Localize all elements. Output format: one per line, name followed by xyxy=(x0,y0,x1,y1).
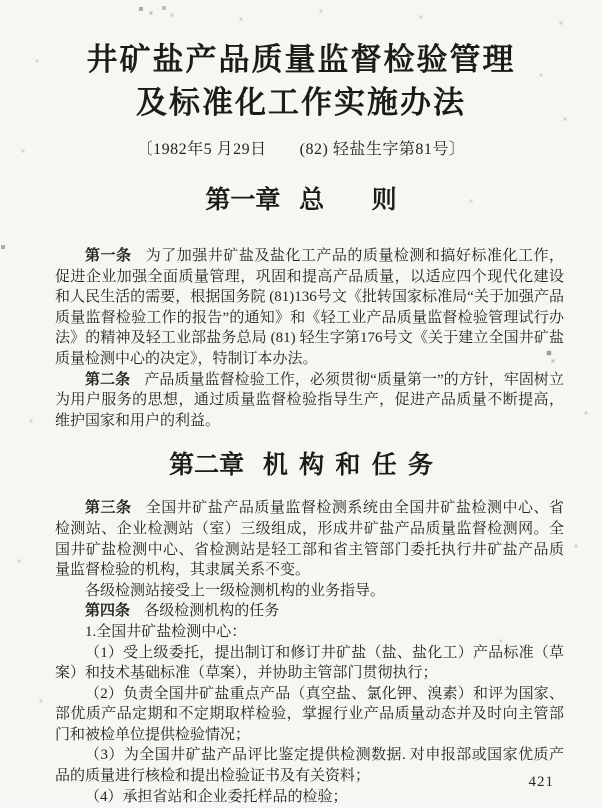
chapter-2: 第二章机构和任务 第三条全国井矿盐产品质量监督检测系统由全国井矿盐检测中心、省检… xyxy=(0,445,602,807)
document-title-line2: 及标准化工作实施办法 xyxy=(0,81,602,124)
article-1-text: 为了加强井矿盐及盐化工产品的质量检测和搞好标准化工作，促进企业加强全面质量管理，… xyxy=(55,248,564,367)
list-subitem-1: （1）受上级委托，提出制订和修订井矿盐（盐、盐化工）产品标准（草案）和技术基础标… xyxy=(55,643,564,684)
article-1-paragraph: 第一条为了加强井矿盐及盐化工产品的质量检测和搞好标准化工作，促进企业加强全面质量… xyxy=(55,246,564,370)
article-3-supplement-paragraph: 各级检测站接受上一级检测机构的业务指导。 xyxy=(55,581,564,602)
chapter-1-heading: 第一章总则 xyxy=(0,180,602,216)
chapter-2-title: 机构和任务 xyxy=(263,451,444,479)
article-3-supplement-text: 各级检测站接受上一级检测机构的业务指导。 xyxy=(85,583,385,599)
article-4-text: 各级检测机构的任务 xyxy=(144,603,279,619)
chapter-2-label: 第二章 xyxy=(169,451,244,479)
chapter-1-label: 第一章 xyxy=(205,186,280,214)
list-subitem-2: （2）负责全国井矿盐重点产品（真空盐、氯化钾、溴素）和评为国家、部优质产品定期和… xyxy=(55,684,564,746)
scan-noise-speckles xyxy=(0,0,2,2)
article-4-number: 第四条 xyxy=(85,602,130,619)
list-subitem-3: （3）为全国井矿盐产品评比鉴定提供检测数据. 对申报部或国家优质产品的质量进行核… xyxy=(55,745,564,786)
chapter-1-title: 总则 xyxy=(299,186,444,214)
list-subitem-2-text: （2）负责全国井矿盐重点产品（真空盐、氯化钾、溴素）和评为国家、部优质产品定期和… xyxy=(55,686,564,743)
document-dateline: 〔1982年5 月29日 (82) 轻盐生字第81号〕 xyxy=(0,136,602,159)
list-item-national-center-text: 1.全国井矿盐检测中心： xyxy=(85,624,246,640)
article-4-paragraph: 第四条各级检测机构的任务 xyxy=(55,601,564,622)
list-item-national-center: 1.全国井矿盐检测中心： xyxy=(55,622,564,643)
chapter-1: 第一章总则 第一条为了加强井矿盐及盐化工产品的质量检测和搞好标准化工作，促进企业… xyxy=(0,180,602,431)
list-subitem-1-text: （1）受上级委托，提出制订和修订井矿盐（盐、盐化工）产品标准（草案）和技术基础标… xyxy=(55,645,564,682)
article-1-number: 第一条 xyxy=(85,247,132,264)
chapter-2-heading: 第二章机构和任务 xyxy=(0,445,602,481)
page-number: 421 xyxy=(529,774,555,791)
chapter-2-body: 第三条全国井矿盐产品质量监督检测系统由全国井矿盐检测中心、省检测站、企业检测站（… xyxy=(55,498,564,807)
article-2-paragraph: 第二条产品质量监督检验工作，必须贯彻“质量第一”的方针，牢固树立为用户服务的思想… xyxy=(55,370,564,432)
article-2-number: 第二条 xyxy=(85,371,130,388)
document-title: 井矿盐产品质量监督检验管理 及标准化工作实施办法 xyxy=(0,38,602,124)
list-subitem-4: （4）承担省站和企业委托样品的检验； xyxy=(55,787,564,808)
article-3-paragraph: 第三条全国井矿盐产品质量监督检测系统由全国井矿盐检测中心、省检测站、企业检测站（… xyxy=(55,498,564,580)
document-title-line1: 井矿盐产品质量监督检验管理 xyxy=(0,38,602,81)
scanned-document-page: 井矿盐产品质量监督检验管理 及标准化工作实施办法 〔1982年5 月29日 (8… xyxy=(0,0,602,808)
list-subitem-4-text: （4）承担省站和企业委托样品的检验； xyxy=(85,789,348,805)
article-2-text: 产品质量监督检验工作，必须贯彻“质量第一”的方针，牢固树立为用户服务的思想，通过… xyxy=(55,372,564,429)
chapter-1-body: 第一条为了加强井矿盐及盐化工产品的质量检测和搞好标准化工作，促进企业加强全面质量… xyxy=(55,246,564,431)
article-3-number: 第三条 xyxy=(85,499,132,516)
list-subitem-3-text: （3）为全国井矿盐产品评比鉴定提供检测数据. 对申报部或国家优质产品的质量进行核… xyxy=(55,747,564,784)
